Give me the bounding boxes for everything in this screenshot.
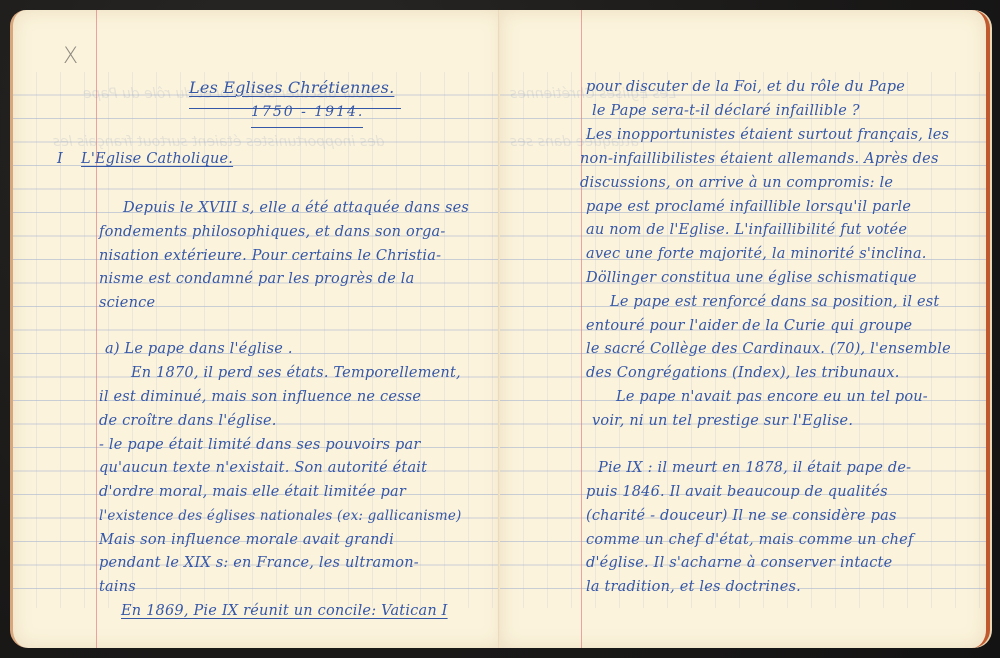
text-line: non-infaillibilistes étaient allemands. … — [580, 148, 939, 172]
text-line: l'existence des églises nationales (ex: … — [99, 505, 462, 529]
text-line: des Congrégations (Index), les tribunaux… — [586, 362, 900, 386]
text-line: pour discuter de la Foi, et du rôle du P… — [586, 76, 905, 100]
text-line: discussions, on arrive à un compromis: l… — [580, 172, 893, 196]
text-line: d'ordre moral, mais elle était limitée p… — [99, 481, 406, 505]
text-line: le Pape sera-t-il déclaré infaillible ? — [592, 100, 860, 124]
notebook-spread: pour discuter de la Foi et du rôle du Pa… — [10, 10, 990, 648]
text-line: Pie IX : il meurt en 1878, il était pape… — [598, 457, 911, 481]
text-line: science — [99, 292, 155, 316]
text-line: (charité - douceur) Il ne se considère p… — [586, 505, 897, 529]
subsection-heading: a) Le pape dans l'église . — [105, 338, 293, 362]
text-line: nisation extérieure. Pour certains le Ch… — [99, 245, 441, 269]
margin-line — [96, 10, 97, 648]
text-line: entouré pour l'aider de la Curie qui gro… — [586, 315, 912, 339]
text-line: Les inopportunistes étaient surtout fran… — [586, 124, 949, 148]
text-line: voir, ni un tel prestige sur l'Eglise. — [592, 410, 853, 434]
text-line: Depuis le XVIII s, elle a été attaquée d… — [123, 197, 469, 221]
text-line: il est diminué, mais son influence ne ce… — [99, 386, 421, 410]
text-line: de croître dans l'église. — [99, 410, 277, 434]
date-range: 1750 - 1914. — [251, 101, 364, 125]
pencil-mark: X — [63, 44, 78, 69]
text-line: En 1869, Pie IX réunit un concile: Vatic… — [121, 600, 448, 624]
date-underline — [251, 127, 363, 128]
right-page: Les Eglises Chrétiennes attaquée dans se… — [500, 10, 990, 648]
text-line: pendant le XIX s: en France, les ultramo… — [99, 552, 419, 576]
text-line: Le pape n'avait pas encore eu un tel pou… — [616, 386, 928, 410]
page-title: Les Eglises Chrétiennes. — [189, 76, 394, 100]
text-line: nisme est condamné par les progrès de la — [99, 268, 415, 292]
left-page: pour discuter de la Foi et du rôle du Pa… — [10, 10, 503, 648]
text-line: tains — [99, 576, 136, 600]
margin-line — [581, 10, 582, 648]
text-line: Le pape est renforcé dans sa position, i… — [610, 291, 939, 315]
text-line: au nom de l'Eglise. L'infaillibilité fut… — [586, 219, 907, 243]
text-line: Mais son influence morale avait grandi — [99, 529, 394, 553]
text-line: d'église. Il s'acharne à conserver intac… — [586, 552, 892, 576]
section-numeral: I — [57, 148, 63, 172]
text-line: avec une forte majorité, la minorité s'i… — [586, 243, 927, 267]
text-line: la tradition, et les doctrines. — [586, 576, 801, 600]
section-heading: L'Eglise Catholique. — [81, 148, 233, 172]
text-line: fondements philosophiques, et dans son o… — [99, 221, 446, 245]
text-line: comme un chef d'état, mais comme un chef — [586, 529, 914, 553]
text-line: Döllinger constitua une église schismati… — [586, 267, 917, 291]
text-line: En 1870, il perd ses états. Temporelleme… — [131, 362, 461, 386]
text-line: - le pape était limité dans ses pouvoirs… — [99, 434, 420, 458]
text-line: le sacré Collège des Cardinaux. (70), l'… — [586, 338, 951, 362]
text-line: puis 1846. Il avait beaucoup de qualités — [586, 481, 888, 505]
text-line: qu'aucun texte n'existait. Son autorité … — [99, 457, 427, 481]
text-line: pape est proclamé infaillible lorsqu'il … — [586, 196, 911, 220]
